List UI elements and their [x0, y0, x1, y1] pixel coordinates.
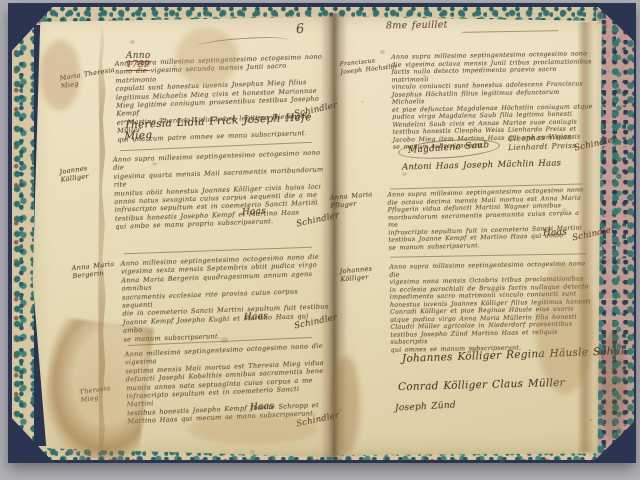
marbled-edge-left: [12, 18, 34, 454]
entry-body: Anno supra millesimo septingentesimo oct…: [389, 260, 595, 354]
margin-note: Johannes Kölliger: [339, 265, 373, 284]
entry-body: Anno millesimo septingentesimo octogesim…: [124, 342, 329, 426]
closing-signature: Haas: [242, 206, 267, 218]
witness-signatures: Cleophas Weiss Lienhardt Preiss: [508, 132, 577, 152]
foxing-spots-right: [380, 50, 385, 54]
page-number: 6: [296, 26, 305, 35]
foxing-spots-left: [130, 40, 135, 44]
right-page-header: 8me feuillet: [386, 21, 448, 30]
photograph-of-open-register: 6 Anno 1789 Maria Theresia Mieg Anno sup…: [0, 0, 640, 480]
closing-signature: Haas: [250, 401, 275, 413]
closing-signature: Haas: [543, 227, 568, 239]
closing-signature: Haas: [244, 311, 269, 323]
entry-body: Anno supra millesimo septingentesimo oct…: [387, 186, 593, 251]
